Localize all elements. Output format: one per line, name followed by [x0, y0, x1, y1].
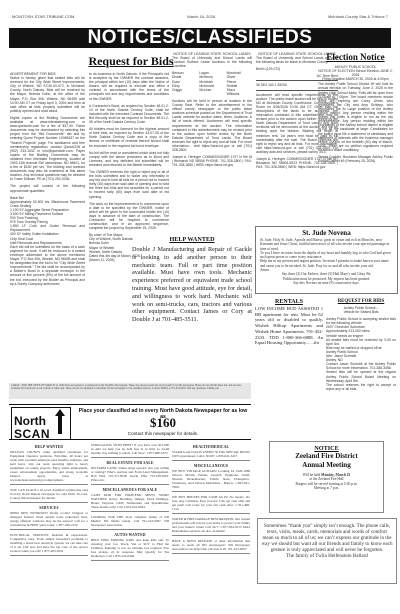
logo-north: North [14, 414, 46, 428]
election-notice-title: Election Notice [318, 52, 393, 63]
website-label: MCINTOSH-STAR-TRIBUNE.COM [12, 14, 74, 19]
classified-section-heading: REAL ESTATE FOR SALE [91, 461, 169, 465]
thank-you-signature: The family of Twila Helfenstein Ballard [261, 553, 393, 559]
school-bids-subtitle-2: Vehicle for Sealed Bids [326, 310, 396, 314]
request-for-bids-col1: ADVERTISEMENT FOR BIDSNotice is hereby g… [10, 72, 85, 372]
thank-you-body: Sometimes “thank you” simply isn’t enoug… [261, 523, 393, 553]
classified-ad: LOOKING FOR THE most complete listing of… [91, 515, 169, 530]
rentals-title: RENTALS [255, 298, 323, 306]
col2-paragraph: The work on the improvements is to comme… [89, 202, 169, 231]
school-bid-line: The school reserves the right to accept … [326, 383, 396, 391]
classified-ad: ELECTRICAL SERVICES: Reliable & experien… [10, 533, 88, 556]
st-jude-novena: St. Jude Novena St. Jude, Holy St. Jude,… [255, 226, 398, 294]
col1-paragraph: 1,890 LF Curb and Gutter Removal and Rep… [10, 224, 85, 232]
northscan-logo: North SCAN [11, 407, 71, 440]
novena-line: To you I have recourse from the depths o… [260, 251, 393, 260]
col1-paragraph: Approximately 52,500 Ibs. Bituminous Pav… [10, 200, 85, 208]
paper-name-page: McIntosh County Star & Tribune 7 [328, 14, 388, 19]
rentals-body: LOW INCOME HUD ASSISTED 1 BR apartment f… [255, 306, 323, 346]
col2-paragraph: A Contractor's Bond, as required by Sect… [89, 104, 169, 124]
classified-section-heading: HELP WANTED [10, 445, 88, 449]
election-header-2: NOTICE OF ELECTION School Election-JUNE … [318, 69, 393, 77]
school-bids-body: Ashley Public School is accepting sealed… [326, 317, 396, 391]
classified-ad: NEED NEW WINDOWS? Drafty rooms? Chipped … [10, 511, 88, 530]
section-banner: NOTICES/CLASSIFIEDS [9, 28, 391, 48]
classified-ad: HELP FIND MISSING KIDS and keep kids saf… [91, 538, 169, 561]
novena-line: St. Jude, Holy St. Jude, Apostle and Mar… [260, 238, 393, 251]
rentals-ad: RENTALS LOW INCOME HUD ASSISTED 1 BR apa… [255, 298, 323, 378]
zeeland-meeting-time: Meeting at 7 p.m. [270, 486, 383, 490]
leasing-body: Auctions will be held in person at locat… [172, 99, 252, 152]
classified-ad: MCLEAN COUNTY seeks qualified candidates… [10, 450, 88, 485]
county-name: Williams [227, 92, 252, 96]
election-notice: Election Notice ASHLEY PUBLIC SCHOOL NOT… [318, 52, 393, 222]
col2-paragraph: No bid will be read or considered which … [89, 151, 169, 167]
page-folio: MCINTOSH-STAR-TRIBUNE.COM March 18, 2026… [12, 12, 388, 20]
classified-ad: WE BUY VINTAGE GUITARS! Looking for 1920… [172, 469, 250, 492]
classified-ad: YOU CAN PLACE a 25-word classified ad (l… [10, 488, 88, 503]
northscan-price: $160 [77, 416, 249, 430]
classified-section-heading: HEALTH/MEDICAL [172, 445, 250, 449]
col2-paragraph: to do business in North Dakota. If the P… [89, 72, 169, 101]
classifieds-col3: HEALTH/MEDICALVIAGRA and CIALIS USERS! 5… [172, 443, 250, 611]
classified-ad: WE BUY HOUSES FOR CASH AS IS! No repairs… [172, 495, 250, 514]
arrow-up-icon [55, 409, 65, 416]
leasing-signature: Joseph A. Heringer COMMISSIONER 1707 N 9… [172, 155, 252, 167]
school-bid-line: Ashley Public School is accepting sealed… [326, 317, 396, 325]
col1-paragraph: Notice is hereby given that sealed bids … [10, 76, 85, 113]
arrow-shaft [58, 416, 62, 434]
classifieds-col2: STRUGGLING WITH DEBT? If you have over $… [91, 443, 169, 611]
col1-paragraph: The project will consist of the followin… [10, 184, 85, 192]
school-bid-line: Sealed bids will be opened at the regula… [326, 370, 396, 382]
novena-title: St. Jude Novena [260, 229, 393, 238]
county-list: BensonLoganMountrailDivideMcHenryOliverD… [172, 71, 252, 96]
classified-section-heading: SERVICES [10, 506, 88, 510]
classified-section-heading: AUTOS WANTED [91, 533, 169, 537]
classifieds-col1: HELP WANTEDMCLEAN COUNTY seeks qualified… [10, 443, 88, 611]
zeeland-fire-notice: NOTICE Zeeland Fire District Annual Meet… [269, 441, 384, 513]
col2-paragraph: The OWNER reserves the right to reject a… [89, 170, 169, 199]
zeeland-label: NOTICE [270, 445, 383, 452]
classified-ad: WATER & FIRE DAMAGE RESTORATION: Our tru… [172, 517, 250, 536]
leasing-notice-surface: NOTICE OF LEASING STATE SCHOOL LANDS The… [172, 52, 252, 234]
classified-ad: ND FARM LAND: Values surge upward. Are y… [91, 466, 169, 485]
classified-ad: HAVE A NEWS RELEASE or other information… [172, 539, 250, 554]
northscan-notice-bar: LARGE - FOR THE WEEK OF MARCH 15, 2026 Y… [9, 383, 251, 399]
col1-paragraph: Each bid will be submitted on the basis … [10, 245, 85, 286]
novena-text: St. Jude, Holy St. Jude, Apostle and Mar… [260, 238, 393, 285]
classified-ad: CASH PAID FOR HIGH-END MEN'S SPORT WATCH… [91, 493, 169, 512]
request-for-bids-col2: to do business in North Dakota. If the P… [89, 72, 169, 372]
school-bid-line: Contact Jason Schmidt at the Ashley Publ… [326, 362, 396, 370]
county-name [172, 92, 197, 96]
election-body: The Ashley Public School District #9 wil… [318, 82, 393, 152]
school-bid-line: All sealed bids must be received by 3:30… [326, 338, 396, 346]
county-name [199, 92, 224, 96]
thank-you-card: Sometimes “thank you” simply isn’t enoug… [257, 518, 397, 584]
classified-ad: VIAGRA and CIALIS USERS! 50 Pills SPECIA… [172, 450, 250, 461]
northscan-contact: Contact this newspaper for details. [77, 431, 249, 436]
classified-section-heading: MISCELLANEOUS FOR SALE [91, 488, 169, 492]
leasing-intro: The Board of University and School Lands… [172, 56, 252, 68]
zeeland-title-2: Annual Meeting [270, 461, 383, 470]
northscan-ad: North SCAN Place your classified ad in e… [9, 404, 251, 440]
novena-line: Say this Novena on nine (9) consecutive … [260, 281, 393, 285]
logo-scan: SCAN [14, 427, 50, 441]
issue-date: March 18, 2026 [187, 14, 215, 19]
col2-paragraph: (March 11, 2026) [89, 258, 169, 262]
classified-ad: STRUGGLING WITH DEBT? If you have over $… [91, 443, 169, 458]
classified-section-heading: MISCELLANEOUS [172, 464, 250, 468]
col1-paragraph: Digital copies of the Bidding Documents … [10, 116, 85, 182]
school-bids-title: REQUEST FOR BIDS [326, 298, 396, 306]
school-request-for-bids: REQUEST FOR BIDS Ashley Public School – … [326, 298, 396, 436]
zeeland-title-1: Zeeland Fire District [270, 452, 383, 461]
novena-line: Help me in my present and urgent petitio… [260, 259, 393, 268]
election-signature: Teresa Dockter, Business Manager Ashley … [318, 155, 393, 163]
col2-paragraph: All bidders must be licensed for the hig… [89, 127, 169, 147]
election-header-3: Filing Deadline-MARCH 30, 2026 at 4:00pm [318, 77, 393, 81]
